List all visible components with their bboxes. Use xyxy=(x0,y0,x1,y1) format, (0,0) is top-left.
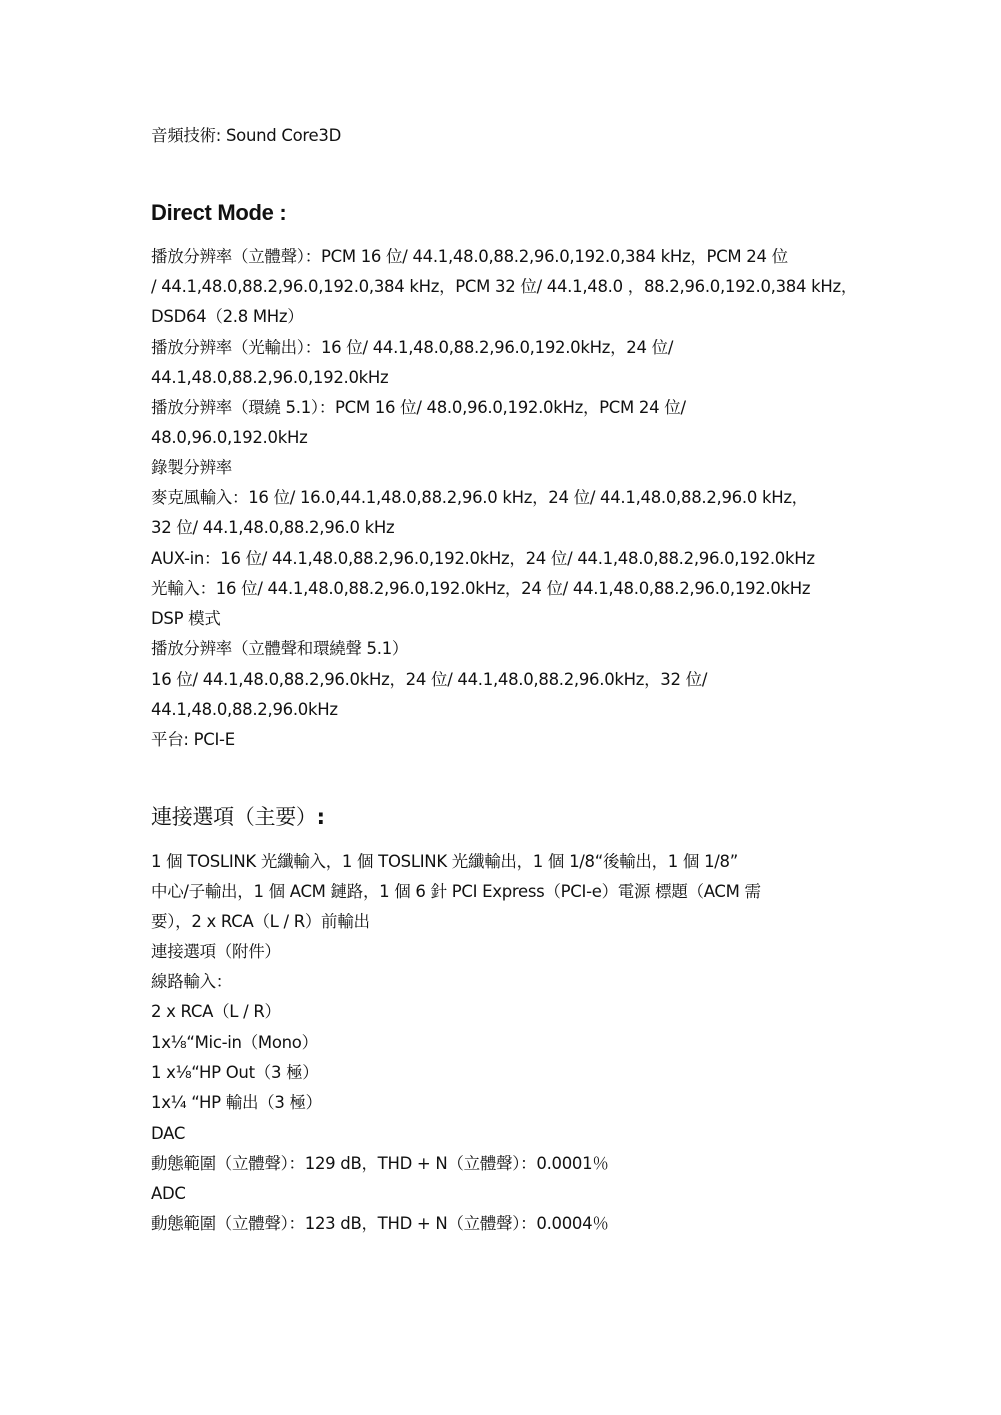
direct-mode-line: 播放分辨率（環繞 5.1）：PCM 16 位/ 48.0,96.0,192.0k… xyxy=(151,397,686,419)
connectivity-line: 1 x⅛“HP Out（3 極） xyxy=(151,1062,319,1084)
direct-mode-line: 44.1,48.0,88.2,96.0kHz xyxy=(151,699,338,721)
direct-mode-line: 播放分辨率（光輸出）：16 位/ 44.1,48.0,88.2,96.0,192… xyxy=(151,337,673,359)
connectivity-heading-text: 連接選項（主要） xyxy=(151,805,317,829)
direct-mode-line: 麥克風輸入：16 位/ 16.0,44.1,48.0,88.2,96.0 kHz… xyxy=(151,487,808,509)
adc-label: ADC xyxy=(151,1183,186,1205)
connectivity-heading: 連接選項（主要）: xyxy=(151,803,325,831)
platform-line: 平台: PCI-E xyxy=(151,729,235,751)
connectivity-line: 1x¼ “HP 輸出（3 極） xyxy=(151,1092,322,1114)
connectivity-line: 2 x RCA（L / R） xyxy=(151,1001,281,1023)
direct-mode-line: 播放分辨率（立體聲）：PCM 16 位/ 44.1,48.0,88.2,96.0… xyxy=(151,246,788,268)
direct-mode-line: 光輸入：16 位/ 44.1,48.0,88.2,96.0,192.0kHz，2… xyxy=(151,578,810,600)
direct-mode-line: 48.0,96.0,192.0kHz xyxy=(151,427,307,449)
connectivity-line: 要），2 x RCA（L / R）前輸出 xyxy=(151,911,370,933)
connectivity-line: 1x⅛“Mic-in（Mono） xyxy=(151,1032,318,1054)
adc-spec-line: 動態範圍（立體聲）：123 dB，THD + N（立體聲）：0.0004％ xyxy=(151,1213,609,1235)
direct-mode-line: 44.1,48.0,88.2,96.0,192.0kHz xyxy=(151,367,388,389)
direct-mode-line: 錄製分辨率 xyxy=(151,457,232,479)
direct-mode-line: 32 位/ 44.1,48.0,88.2,96.0 kHz xyxy=(151,517,394,539)
direct-mode-line: 播放分辨率（立體聲和環繞聲 5.1） xyxy=(151,638,408,660)
direct-mode-line: DSP 模式 xyxy=(151,608,221,630)
direct-mode-heading: Direct Mode : xyxy=(151,199,286,227)
connectivity-line: 中心/子輸出，1 個 ACM 鏈路，1 個 6 針 PCI Express（PC… xyxy=(151,881,761,903)
connectivity-line: 連接選項（附件） xyxy=(151,941,281,963)
connectivity-line: 線路輸入： xyxy=(151,971,232,993)
connectivity-line: 1 個 TOSLINK 光纖輸入，1 個 TOSLINK 光纖輸出，1 個 1/… xyxy=(151,851,738,873)
audio-tech-line: 音頻技術: Sound Core3D xyxy=(151,125,341,147)
direct-mode-line: 16 位/ 44.1,48.0,88.2,96.0kHz，24 位/ 44.1,… xyxy=(151,669,707,691)
dac-spec-line: 動態範圍（立體聲）：129 dB，THD + N（立體聲）：0.0001％ xyxy=(151,1153,609,1175)
connectivity-heading-colon: : xyxy=(317,805,325,829)
direct-mode-line: / 44.1,48.0,88.2,96.0,192.0,384 kHz，PCM … xyxy=(151,276,857,298)
direct-mode-line: DSD64（2.8 MHz） xyxy=(151,306,303,328)
dac-label: DAC xyxy=(151,1123,185,1145)
direct-mode-line: AUX-in：16 位/ 44.1,48.0,88.2,96.0,192.0kH… xyxy=(151,548,815,570)
